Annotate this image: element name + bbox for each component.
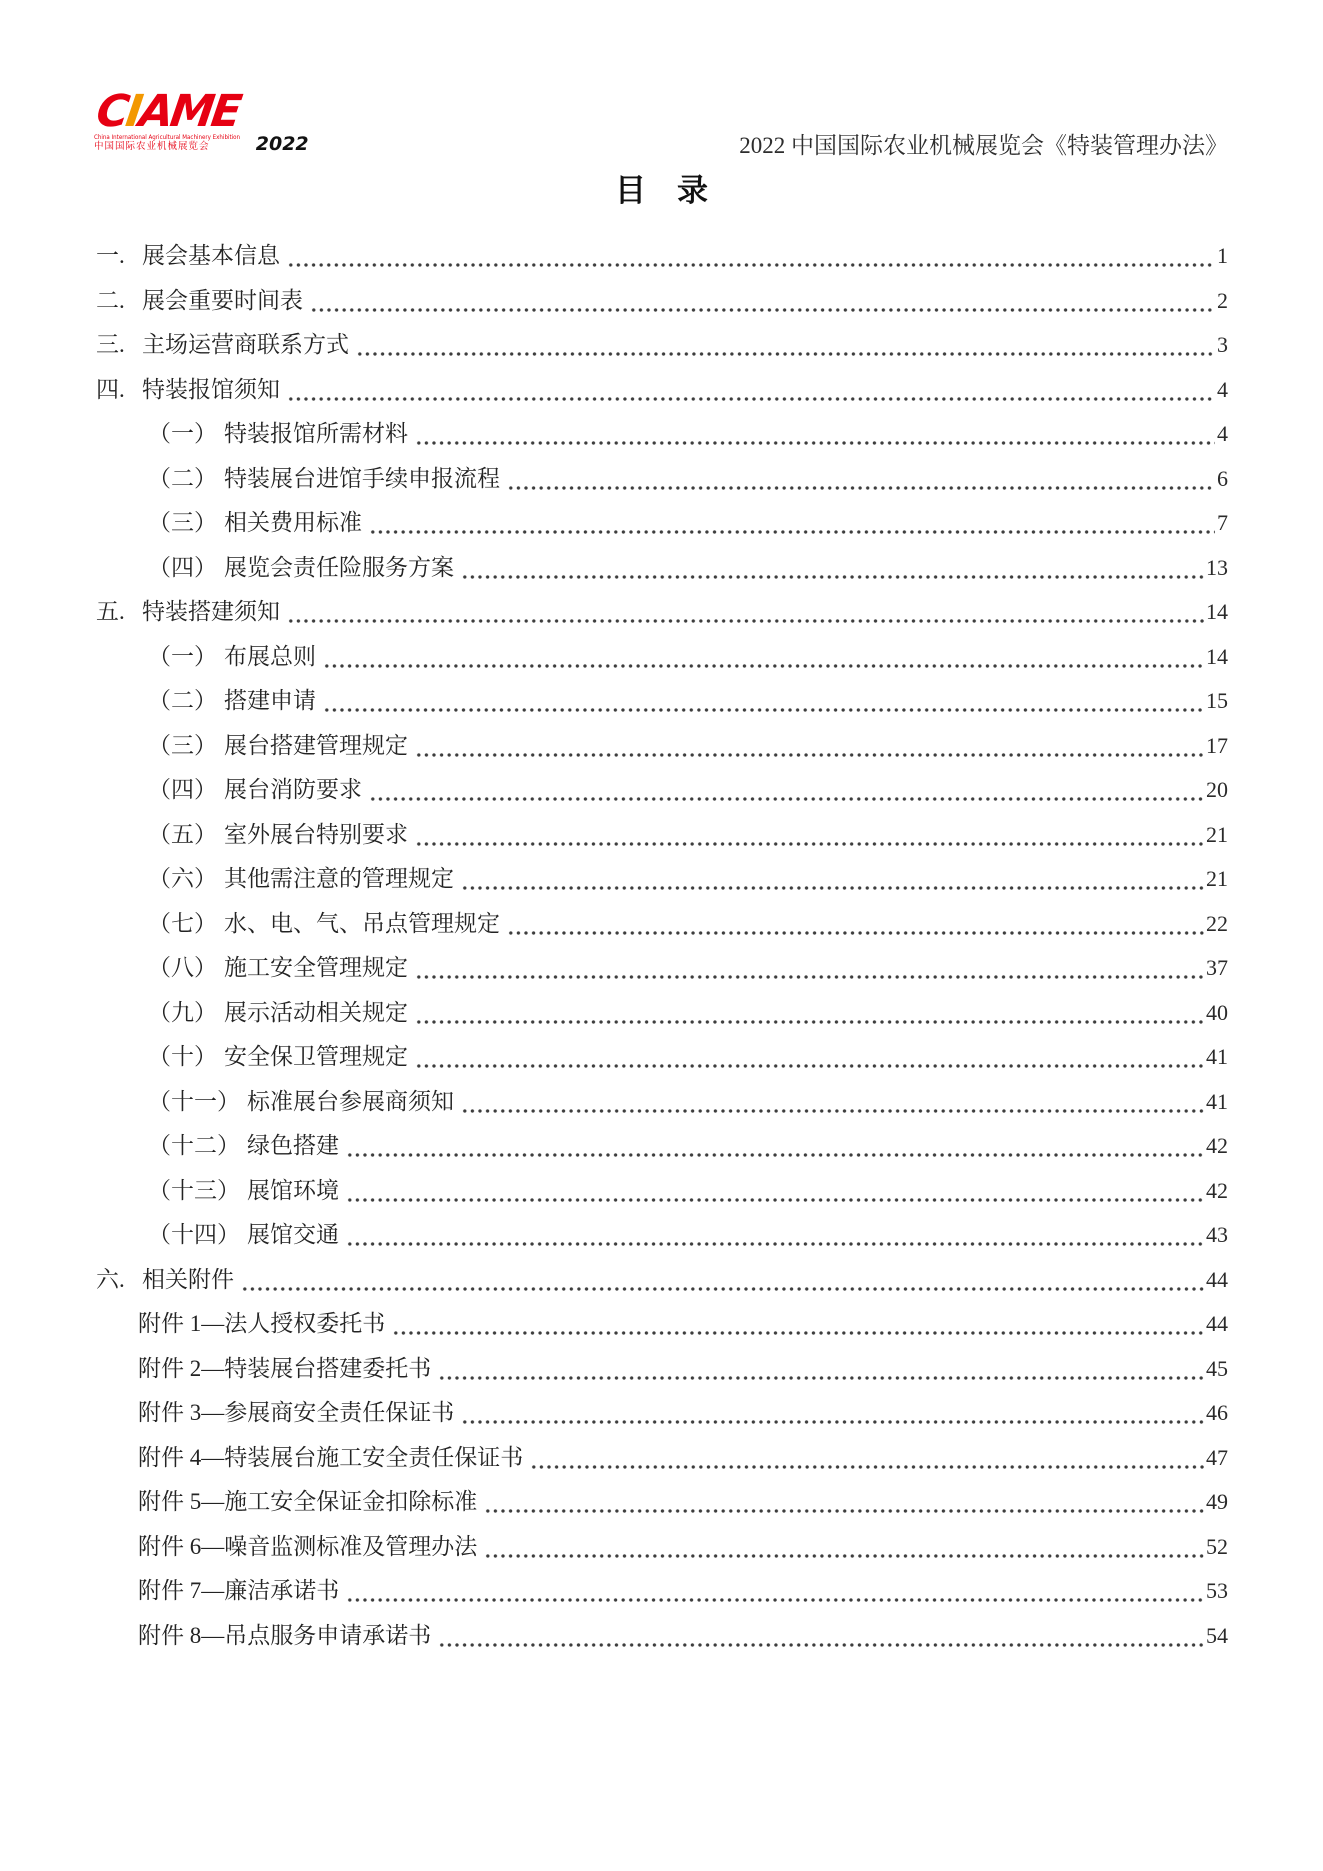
toc-entry-label: 搭建申请 xyxy=(224,679,316,724)
toc-entry-number: 六. xyxy=(96,1258,142,1303)
toc-entry: （七）水、电、气、吊点管理规定22 xyxy=(96,902,1228,947)
toc-entry-label: 施工安全管理规定 xyxy=(224,946,408,991)
toc-entry-number: （十四） xyxy=(148,1213,240,1258)
toc-entry-page: 22 xyxy=(1206,902,1228,947)
toc-entry-label: 相关费用标准 xyxy=(224,501,362,546)
toc-entry-label: 安全保卫管理规定 xyxy=(224,1035,408,1080)
toc-entry-label: 特装报馆须知 xyxy=(142,368,280,413)
toc-leader-dots xyxy=(415,813,1204,858)
toc-leader-dots xyxy=(415,991,1204,1036)
toc-leader-dots xyxy=(438,1614,1204,1659)
toc-entry-number: （二） xyxy=(148,679,217,724)
toc-entry-label: 特装搭建须知 xyxy=(142,590,280,635)
toc-entry-page: 41 xyxy=(1206,1035,1228,1080)
toc-entry-number: （一） xyxy=(148,412,217,457)
toc-entry-label: 展台消防要求 xyxy=(224,768,362,813)
toc-entry-label: 水、电、气、吊点管理规定 xyxy=(224,902,500,947)
toc-entry-number: 五. xyxy=(96,590,142,635)
toc-entry-label: 展会基本信息 xyxy=(142,234,280,279)
toc-entry-number: （十三） xyxy=(148,1169,240,1214)
ciame-wordmark-icon: CIAME xyxy=(94,92,260,132)
logo-year: 2022 xyxy=(256,136,309,152)
toc-entry: 一.展会基本信息1 xyxy=(96,234,1228,279)
toc-entry-label: 主场运营商联系方式 xyxy=(142,323,349,368)
toc-entry-label: 附件 8—吊点服务申请承诺书 xyxy=(138,1614,431,1659)
toc-entry-page: 53 xyxy=(1206,1569,1228,1614)
toc-entry: （四）展览会责任险服务方案13 xyxy=(96,546,1228,591)
toc-leader-dots xyxy=(310,279,1215,324)
ciame-logo-subline: China International Agricultural Machine… xyxy=(94,134,254,152)
toc-entry-label: 展会重要时间表 xyxy=(142,279,303,324)
toc-entry-label: 展馆交通 xyxy=(247,1213,339,1258)
toc-leader-dots xyxy=(346,1169,1204,1214)
toc-entry-number: （三） xyxy=(148,724,217,769)
toc-entry-number: （四） xyxy=(148,546,217,591)
toc-entry-label: 附件 2—特装展台搭建委托书 xyxy=(138,1347,431,1392)
toc-entry-page: 4 xyxy=(1217,412,1228,457)
toc-entry-page: 21 xyxy=(1206,813,1228,858)
toc-entry: 附件 5—施工安全保证金扣除标准49 xyxy=(96,1480,1228,1525)
toc-entry-number: （一） xyxy=(148,635,217,680)
toc-leader-dots xyxy=(461,1080,1204,1125)
toc-entry-page: 6 xyxy=(1217,457,1228,502)
toc-entry-label: 相关附件 xyxy=(142,1258,234,1303)
toc-entry: 附件 4—特装展台施工安全责任保证书47 xyxy=(96,1436,1228,1481)
toc-entry: （九）展示活动相关规定40 xyxy=(96,991,1228,1036)
toc-leader-dots xyxy=(323,679,1204,724)
toc-entry-label: 绿色搭建 xyxy=(247,1124,339,1169)
toc-entry-label: 展馆环境 xyxy=(247,1169,339,1214)
toc-entry-label: 附件 4—特装展台施工安全责任保证书 xyxy=(138,1436,523,1481)
toc-leader-dots xyxy=(415,946,1204,991)
toc-leader-dots xyxy=(287,368,1215,413)
toc-entry-number: 二. xyxy=(96,279,142,324)
toc-leader-dots xyxy=(369,501,1215,546)
toc-entry-number: （十） xyxy=(148,1035,217,1080)
toc-entry-label: 附件 7—廉洁承诺书 xyxy=(138,1569,339,1614)
toc-entry-number: （三） xyxy=(148,501,217,546)
toc-leader-dots xyxy=(287,590,1204,635)
toc-entry: （八）施工安全管理规定37 xyxy=(96,946,1228,991)
toc-entry: （三）相关费用标准7 xyxy=(96,501,1228,546)
toc-entry-number: （十一） xyxy=(148,1080,240,1125)
toc-entry-page: 41 xyxy=(1206,1080,1228,1125)
toc-entry-label: 展示活动相关规定 xyxy=(224,991,408,1036)
toc-entry-page: 54 xyxy=(1206,1614,1228,1659)
toc-entry-page: 43 xyxy=(1206,1213,1228,1258)
toc-entry: （六）其他需注意的管理规定21 xyxy=(96,857,1228,902)
toc-entry-page: 42 xyxy=(1206,1124,1228,1169)
logo-english-text: China International Agricultural Machine… xyxy=(94,134,240,141)
toc-entry-page: 2 xyxy=(1217,279,1228,324)
toc-entry: 五.特装搭建须知14 xyxy=(96,590,1228,635)
toc-entry: （十四）展馆交通43 xyxy=(96,1213,1228,1258)
toc-entry: （二）搭建申请15 xyxy=(96,679,1228,724)
toc-entry: 附件 8—吊点服务申请承诺书54 xyxy=(96,1614,1228,1659)
toc-entry-page: 20 xyxy=(1206,768,1228,813)
toc-leader-dots xyxy=(461,1391,1204,1436)
toc-leader-dots xyxy=(530,1436,1204,1481)
toc-leader-dots xyxy=(346,1569,1204,1614)
toc-entry-page: 14 xyxy=(1206,635,1228,680)
document-page: CIAME China International Agricultural M… xyxy=(0,0,1323,1871)
toc-leader-dots xyxy=(356,323,1215,368)
toc-leader-dots xyxy=(346,1213,1204,1258)
toc-entry-page: 7 xyxy=(1217,501,1228,546)
toc-title: 目 录 xyxy=(0,165,1323,210)
toc-entry-number: （八） xyxy=(148,946,217,991)
toc-leader-dots xyxy=(484,1525,1204,1570)
toc-leader-dots xyxy=(415,412,1215,457)
toc-entry-page: 17 xyxy=(1206,724,1228,769)
toc-entry-number: （四） xyxy=(148,768,217,813)
toc-entry-label: 附件 6—噪音监测标准及管理办法 xyxy=(138,1525,477,1570)
toc-entry-page: 40 xyxy=(1206,991,1228,1036)
toc-entry: 三.主场运营商联系方式3 xyxy=(96,323,1228,368)
toc-entry-page: 15 xyxy=(1206,679,1228,724)
toc-entry-page: 21 xyxy=(1206,857,1228,902)
toc-leader-dots xyxy=(484,1480,1204,1525)
toc-entry: （四）展台消防要求20 xyxy=(96,768,1228,813)
toc-entry-number: 一. xyxy=(96,234,142,279)
toc-entry-page: 37 xyxy=(1206,946,1228,991)
logo-chinese-text: 中国国际农业机械展览会 xyxy=(94,141,253,152)
toc-entry-label: 附件 3—参展商安全责任保证书 xyxy=(138,1391,454,1436)
toc-entry-page: 49 xyxy=(1206,1480,1228,1525)
toc-entry-label: 展览会责任险服务方案 xyxy=(224,546,454,591)
toc-entry-label: 附件 1—法人授权委托书 xyxy=(138,1302,385,1347)
toc-entry-number: 三. xyxy=(96,323,142,368)
toc-entry-label: 特装报馆所需材料 xyxy=(224,412,408,457)
toc-entry-page: 1 xyxy=(1217,234,1228,279)
toc-entry-page: 42 xyxy=(1206,1169,1228,1214)
toc-entry-number: （七） xyxy=(148,902,217,947)
toc-entry: 附件 3—参展商安全责任保证书46 xyxy=(96,1391,1228,1436)
toc-leader-dots xyxy=(392,1302,1204,1347)
toc-entry-number: 四. xyxy=(96,368,142,413)
toc-entry: （十二）绿色搭建42 xyxy=(96,1124,1228,1169)
toc-entry-label: 特装展台进馆手续申报流程 xyxy=(224,457,500,502)
toc-leader-dots xyxy=(461,546,1204,591)
toc-list: 一.展会基本信息1二.展会重要时间表2三.主场运营商联系方式3四.特装报馆须知4… xyxy=(96,234,1228,1658)
toc-entry: （一）布展总则14 xyxy=(96,635,1228,680)
toc-entry-label: 标准展台参展商须知 xyxy=(247,1080,454,1125)
toc-leader-dots xyxy=(461,857,1204,902)
toc-leader-dots xyxy=(346,1124,1204,1169)
toc-leader-dots xyxy=(415,1035,1204,1080)
toc-entry: 附件 1—法人授权委托书44 xyxy=(96,1302,1228,1347)
toc-entry-page: 52 xyxy=(1206,1525,1228,1570)
toc-entry-label: 布展总则 xyxy=(224,635,316,680)
toc-entry: （三）展台搭建管理规定17 xyxy=(96,724,1228,769)
toc-entry: （十一）标准展台参展商须知41 xyxy=(96,1080,1228,1125)
toc-entry: 附件 2—特装展台搭建委托书45 xyxy=(96,1347,1228,1392)
toc-entry-page: 14 xyxy=(1206,590,1228,635)
toc-leader-dots xyxy=(507,902,1204,947)
toc-entry-page: 3 xyxy=(1217,323,1228,368)
toc-entry-page: 44 xyxy=(1206,1258,1228,1303)
toc-entry: （十）安全保卫管理规定41 xyxy=(96,1035,1228,1080)
toc-entry-page: 4 xyxy=(1217,368,1228,413)
ciame-logo: CIAME China International Agricultural M… xyxy=(94,92,254,152)
toc-entry-number: （十二） xyxy=(148,1124,240,1169)
toc-entry: （二）特装展台进馆手续申报流程6 xyxy=(96,457,1228,502)
toc-entry-page: 47 xyxy=(1206,1436,1228,1481)
toc-entry-page: 13 xyxy=(1206,546,1228,591)
toc-entry-number: （九） xyxy=(148,991,217,1036)
toc-entry-number: （二） xyxy=(148,457,217,502)
toc-leader-dots xyxy=(241,1258,1204,1303)
toc-entry-page: 46 xyxy=(1206,1391,1228,1436)
toc-entry: 附件 6—噪音监测标准及管理办法52 xyxy=(96,1525,1228,1570)
toc-entry: （一）特装报馆所需材料4 xyxy=(96,412,1228,457)
toc-leader-dots xyxy=(438,1347,1204,1392)
toc-entry-label: 附件 5—施工安全保证金扣除标准 xyxy=(138,1480,477,1525)
toc-entry-number: （六） xyxy=(148,857,217,902)
toc-entry: 六.相关附件44 xyxy=(96,1258,1228,1303)
toc-entry-label: 展台搭建管理规定 xyxy=(224,724,408,769)
toc-entry: 二.展会重要时间表2 xyxy=(96,279,1228,324)
toc-entry-page: 45 xyxy=(1206,1347,1228,1392)
toc-entry-number: （五） xyxy=(148,813,217,858)
toc-entry-page: 44 xyxy=(1206,1302,1228,1347)
toc-entry: （五）室外展台特别要求21 xyxy=(96,813,1228,858)
toc-entry: 四.特装报馆须知4 xyxy=(96,368,1228,413)
toc-leader-dots xyxy=(287,234,1215,279)
toc-leader-dots xyxy=(369,768,1204,813)
toc-entry-label: 其他需注意的管理规定 xyxy=(224,857,454,902)
page-header-text: 2022 中国国际农业机械展览会《特装管理办法》 xyxy=(739,127,1228,160)
toc-leader-dots xyxy=(507,457,1215,502)
toc-entry: 附件 7—廉洁承诺书53 xyxy=(96,1569,1228,1614)
toc-entry-label: 室外展台特别要求 xyxy=(224,813,408,858)
toc-leader-dots xyxy=(415,724,1204,769)
toc-entry: （十三）展馆环境42 xyxy=(96,1169,1228,1214)
toc-leader-dots xyxy=(323,635,1204,680)
